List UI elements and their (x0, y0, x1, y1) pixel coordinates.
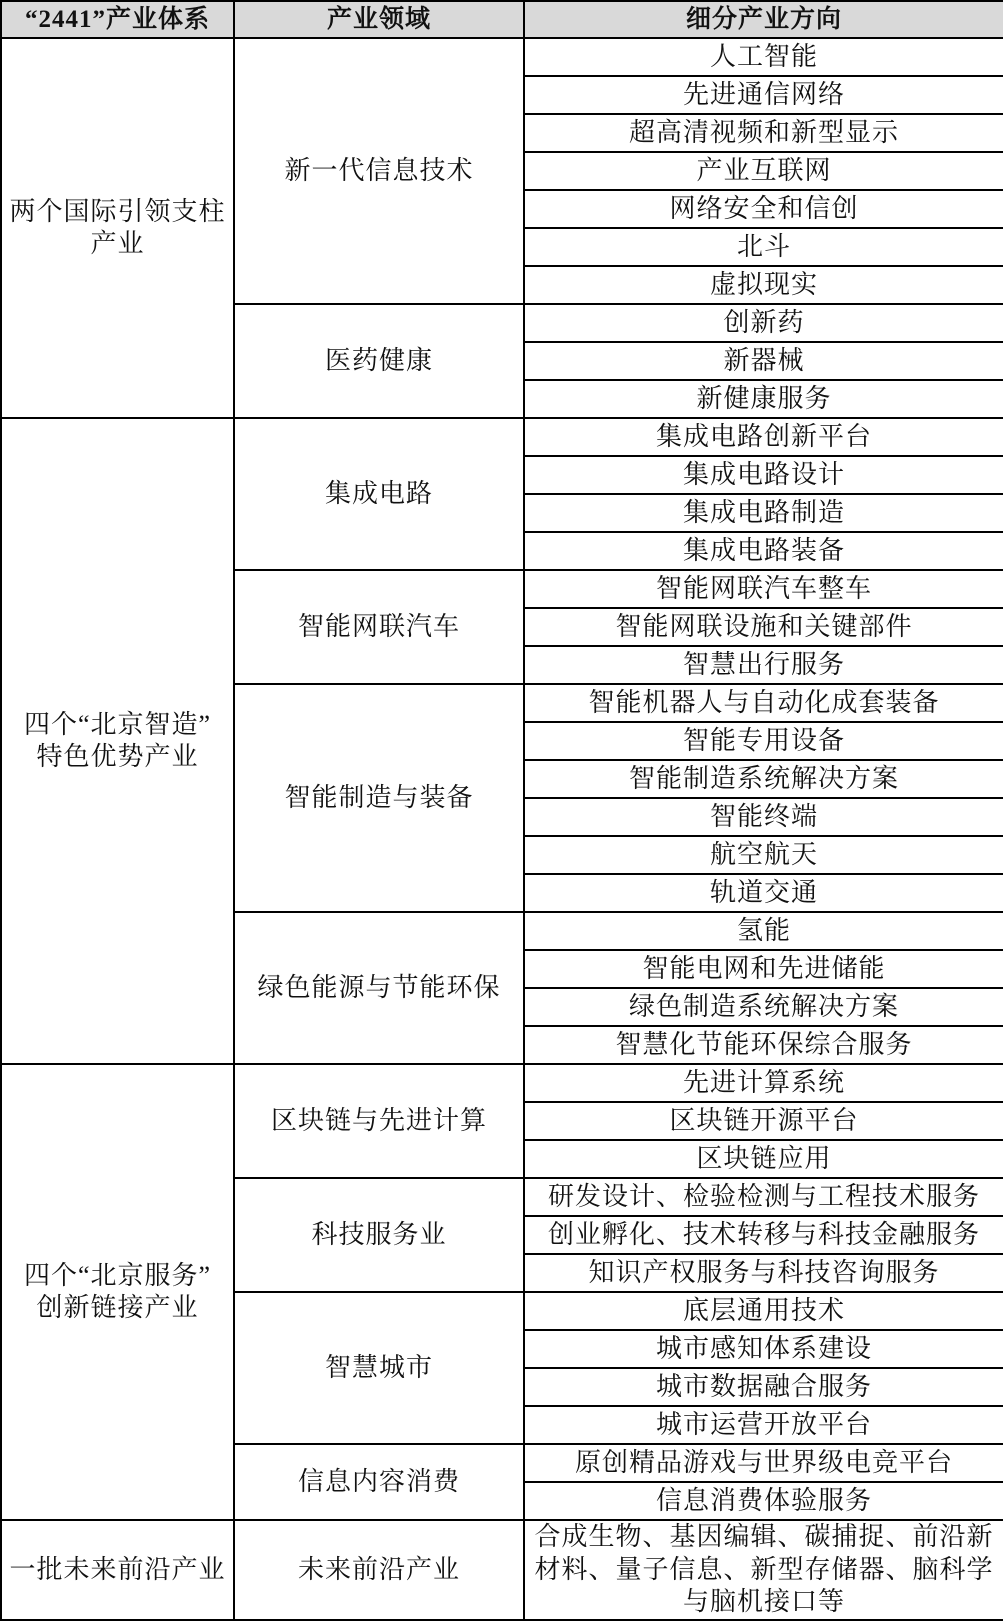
field-cell: 智能网联汽车 (234, 570, 524, 684)
direction-cell: 研发设计、检验检测与工程技术服务 (524, 1178, 1003, 1216)
table-row: 四个“北京服务” 创新链接产业区块链与先进计算先进计算系统 (1, 1064, 1003, 1102)
direction-cell: 智能专用设备 (524, 722, 1003, 760)
field-cell: 智能制造与装备 (234, 684, 524, 912)
field-cell: 绿色能源与节能环保 (234, 912, 524, 1064)
direction-cell: 集成电路装备 (524, 532, 1003, 570)
direction-cell: 信息消费体验服务 (524, 1482, 1003, 1520)
direction-cell: 虚拟现实 (524, 266, 1003, 304)
table-row: 两个国际引领支柱 产业新一代信息技术人工智能 (1, 38, 1003, 76)
direction-cell: 创业孵化、技术转移与科技金融服务 (524, 1216, 1003, 1254)
direction-cell: 超高清视频和新型显示 (524, 114, 1003, 152)
direction-cell: 集成电路设计 (524, 456, 1003, 494)
direction-cell: 城市数据融合服务 (524, 1368, 1003, 1406)
direction-cell: 智慧化节能环保综合服务 (524, 1026, 1003, 1064)
table-row: 一批未来前沿产业未来前沿产业合成生物、基因编辑、碳捕捉、前沿新材料、量子信息、新… (1, 1520, 1003, 1620)
field-cell: 医药健康 (234, 304, 524, 418)
direction-cell: 人工智能 (524, 38, 1003, 76)
direction-cell: 创新药 (524, 304, 1003, 342)
direction-cell: 新器械 (524, 342, 1003, 380)
direction-cell: 底层通用技术 (524, 1292, 1003, 1330)
field-cell: 区块链与先进计算 (234, 1064, 524, 1178)
system-cell: 四个“北京智造” 特色优势产业 (1, 418, 234, 1064)
direction-cell: 智能电网和先进储能 (524, 950, 1003, 988)
header-field: 产业领域 (234, 1, 524, 38)
direction-cell: 合成生物、基因编辑、碳捕捉、前沿新材料、量子信息、新型存储器、脑科学与脑机接口等 (524, 1520, 1003, 1620)
system-cell: 两个国际引领支柱 产业 (1, 38, 234, 418)
direction-cell: 产业互联网 (524, 152, 1003, 190)
direction-cell: 集成电路制造 (524, 494, 1003, 532)
direction-cell: 集成电路创新平台 (524, 418, 1003, 456)
system-cell: 四个“北京服务” 创新链接产业 (1, 1064, 234, 1520)
direction-cell: 智慧出行服务 (524, 646, 1003, 684)
direction-cell: 城市感知体系建设 (524, 1330, 1003, 1368)
direction-cell: 区块链应用 (524, 1140, 1003, 1178)
field-cell: 新一代信息技术 (234, 38, 524, 304)
header-direction: 细分产业方向 (524, 1, 1003, 38)
direction-cell: 北斗 (524, 228, 1003, 266)
direction-cell: 先进计算系统 (524, 1064, 1003, 1102)
direction-cell: 氢能 (524, 912, 1003, 950)
field-cell: 集成电路 (234, 418, 524, 570)
direction-cell: 轨道交通 (524, 874, 1003, 912)
table-row: 四个“北京智造” 特色优势产业集成电路集成电路创新平台 (1, 418, 1003, 456)
direction-cell: 智能机器人与自动化成套装备 (524, 684, 1003, 722)
direction-cell: 新健康服务 (524, 380, 1003, 418)
field-cell: 科技服务业 (234, 1178, 524, 1292)
direction-cell: 网络安全和信创 (524, 190, 1003, 228)
direction-cell: 知识产权服务与科技咨询服务 (524, 1254, 1003, 1292)
direction-cell: 智能网联汽车整车 (524, 570, 1003, 608)
direction-cell: 城市运营开放平台 (524, 1406, 1003, 1444)
direction-cell: 智能网联设施和关键部件 (524, 608, 1003, 646)
direction-cell: 原创精品游戏与世界级电竞平台 (524, 1444, 1003, 1482)
field-cell: 未来前沿产业 (234, 1520, 524, 1620)
industry-table: “2441”产业体系 产业领域 细分产业方向 两个国际引领支柱 产业新一代信息技… (0, 0, 1003, 1621)
field-cell: 智慧城市 (234, 1292, 524, 1444)
direction-cell: 智能制造系统解决方案 (524, 760, 1003, 798)
industry-table-body: 两个国际引领支柱 产业新一代信息技术人工智能先进通信网络超高清视频和新型显示产业… (1, 38, 1003, 1620)
direction-cell: 智能终端 (524, 798, 1003, 836)
header-row: “2441”产业体系 产业领域 细分产业方向 (1, 1, 1003, 38)
header-system: “2441”产业体系 (1, 1, 234, 38)
direction-cell: 区块链开源平台 (524, 1102, 1003, 1140)
direction-cell: 绿色制造系统解决方案 (524, 988, 1003, 1026)
direction-cell: 航空航天 (524, 836, 1003, 874)
field-cell: 信息内容消费 (234, 1444, 524, 1520)
system-cell: 一批未来前沿产业 (1, 1520, 234, 1620)
direction-cell: 先进通信网络 (524, 76, 1003, 114)
